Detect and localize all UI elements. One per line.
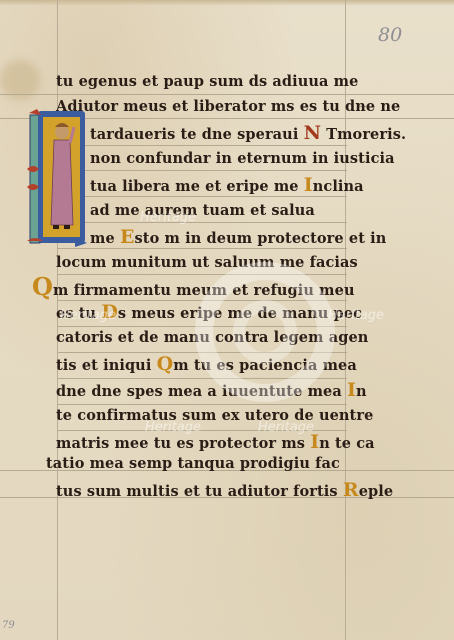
page-top-edge — [0, 0, 454, 6]
text-line-3: tardaueris te dne speraui N Tmoreris. — [90, 121, 406, 145]
historiated-initial-icon — [27, 107, 87, 247]
folio-number: 80 — [378, 24, 402, 46]
text-line-6: ad me aurem tuam et salua — [90, 199, 315, 223]
text-line-4: non confundar in eternum in iusticia — [90, 147, 395, 171]
gold-initial: R — [343, 479, 359, 501]
watermark-text: Heritage — [60, 308, 116, 323]
folio-mark-bottom: 79 — [2, 620, 15, 631]
text-line-5: tua libera me et eripe me Inclina — [90, 173, 364, 197]
text-line-2: Adiutor meus et liberator ms es tu dne n… — [56, 95, 400, 119]
text-line-17: tus sum multis et tu adiutor fortis Repl… — [56, 478, 393, 502]
rubric-initial: N — [304, 122, 321, 144]
text-line-13: dne dne spes mea a iuuentute mea In — [56, 378, 367, 402]
gold-initial: I — [304, 174, 313, 196]
watermark-text: Heritage — [145, 420, 201, 435]
text-line-14: te confirmatus sum ex utero de uentre — [56, 404, 373, 428]
gold-initial: I — [347, 379, 356, 401]
ruling-line — [57, 145, 347, 146]
watermark-logo-inner — [233, 300, 297, 364]
watermark-text: Heritage — [258, 420, 314, 435]
text-line-15: matris mee tu es protector ms In te ca — [56, 430, 375, 454]
text-line-16: tatio mea semp tanqua prodigiu fac — [46, 452, 340, 476]
watermark-text: Heritage — [328, 308, 384, 323]
gold-initial: Q — [157, 353, 174, 375]
manuscript-page: 80 79 + tu egenus et paup sum ds adiuua … — [0, 0, 454, 640]
gold-initial: Q — [32, 272, 53, 301]
text-line-8: locum munitum ut saluum me facias — [56, 251, 358, 275]
text-line-7: me Esto m in deum protectore et in — [90, 225, 386, 249]
text-line-1: tu egenus et paup sum ds adiuua me — [56, 70, 358, 94]
gold-initial: E — [120, 226, 135, 248]
watermark-text: Heritage — [140, 210, 196, 225]
